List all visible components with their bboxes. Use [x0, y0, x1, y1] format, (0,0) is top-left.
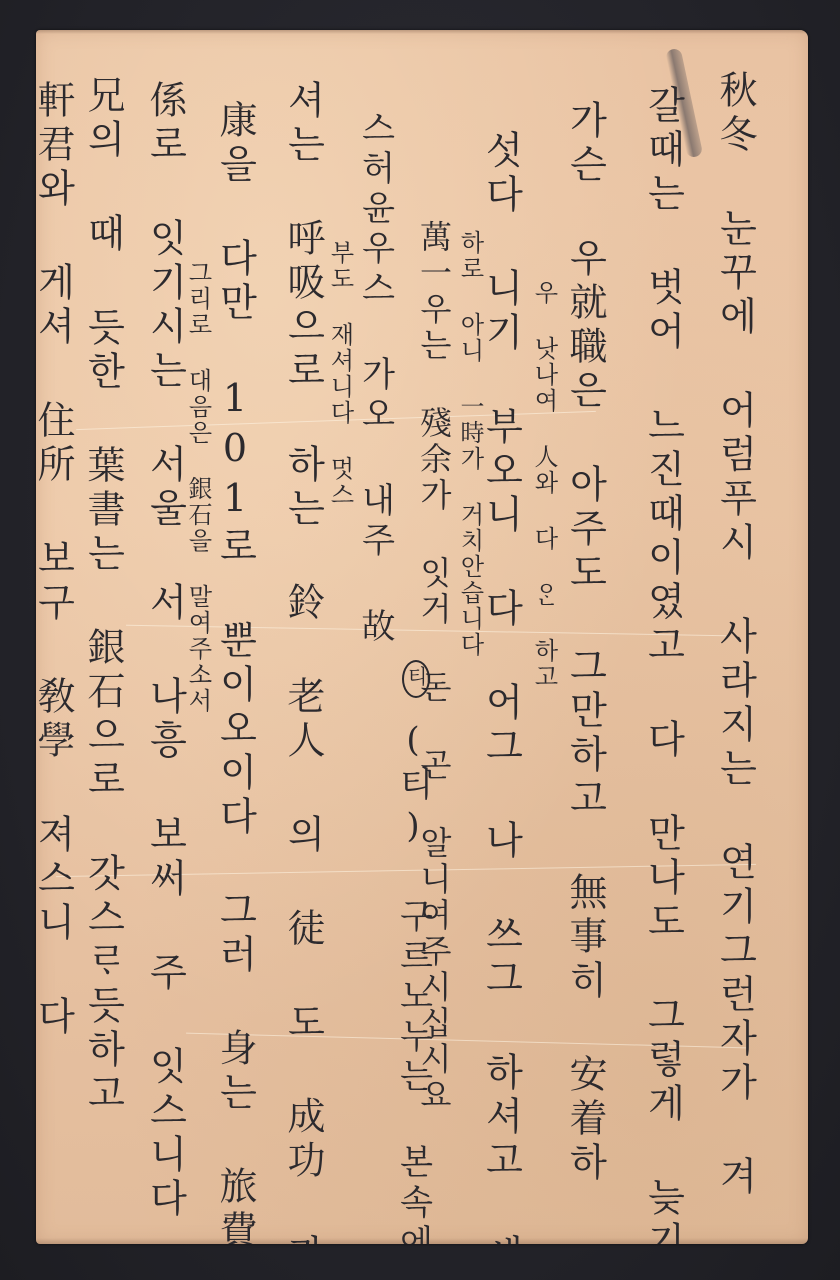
text-column-1: 秋冬 눈꾸에 어럼푸시 사라지는 연기그런자가 겨 — [716, 70, 754, 1220]
text-column-8-note: 그리로 대음은 銀石을 말여주소서 — [186, 260, 210, 680]
text-column-4: 섯다 니기 부오니 다 어그 나 쓰그 하셔고 새삭 — [482, 130, 520, 1210]
text-column-10: 兄의 때 듯한 葉書는 銀石으로 갓스ᄅᆞ듯하고 — [84, 75, 122, 1225]
text-column-2: 갈때는 벗어 느진때이였고 다 만나도 그렇게 늦기는 — [644, 85, 682, 1215]
text-column-3: 가슨 우就職은 아주도 그만하고 無事히 安着하 — [566, 100, 604, 1220]
text-column-6-note: 부도 재셔니다 멋스 — [328, 240, 352, 560]
text-column-8: 康을 다만 101로 뿐이오이다 그러 身는 旅費閑 — [216, 100, 254, 1230]
text-column-7: 셔는 呼吸으로 하는 鈴 老人 의 徒 도 成功 과 健 — [284, 80, 322, 1230]
text-column-6: 스허윤우스 가오 내주 故 — [358, 110, 392, 670]
postcard: 秋冬 눈꾸에 어럼푸시 사라지는 연기그런자가 겨 갈때는 벗어 느진때이였고 … — [36, 30, 808, 1244]
text-column-5a: (티) 구르노누는 본속에서 — [396, 720, 430, 1220]
text-column-4-note: 하로 아니 一時가 거치안습니다 — [458, 230, 482, 650]
text-column-9: 係로 잇기시는 서울 서 나흥 보써 주 잇스니다 — [146, 80, 184, 1230]
text-column-3-note: 우 낫나여 人와 다 ᄋᆞᆫ 하고 — [532, 280, 556, 680]
text-column-11: 軒君와 게셔 住所 보구 敎學 져스니 다 — [36, 80, 72, 1230]
circled-mark: 티 — [402, 660, 430, 698]
card-top-edge — [36, 30, 808, 34]
